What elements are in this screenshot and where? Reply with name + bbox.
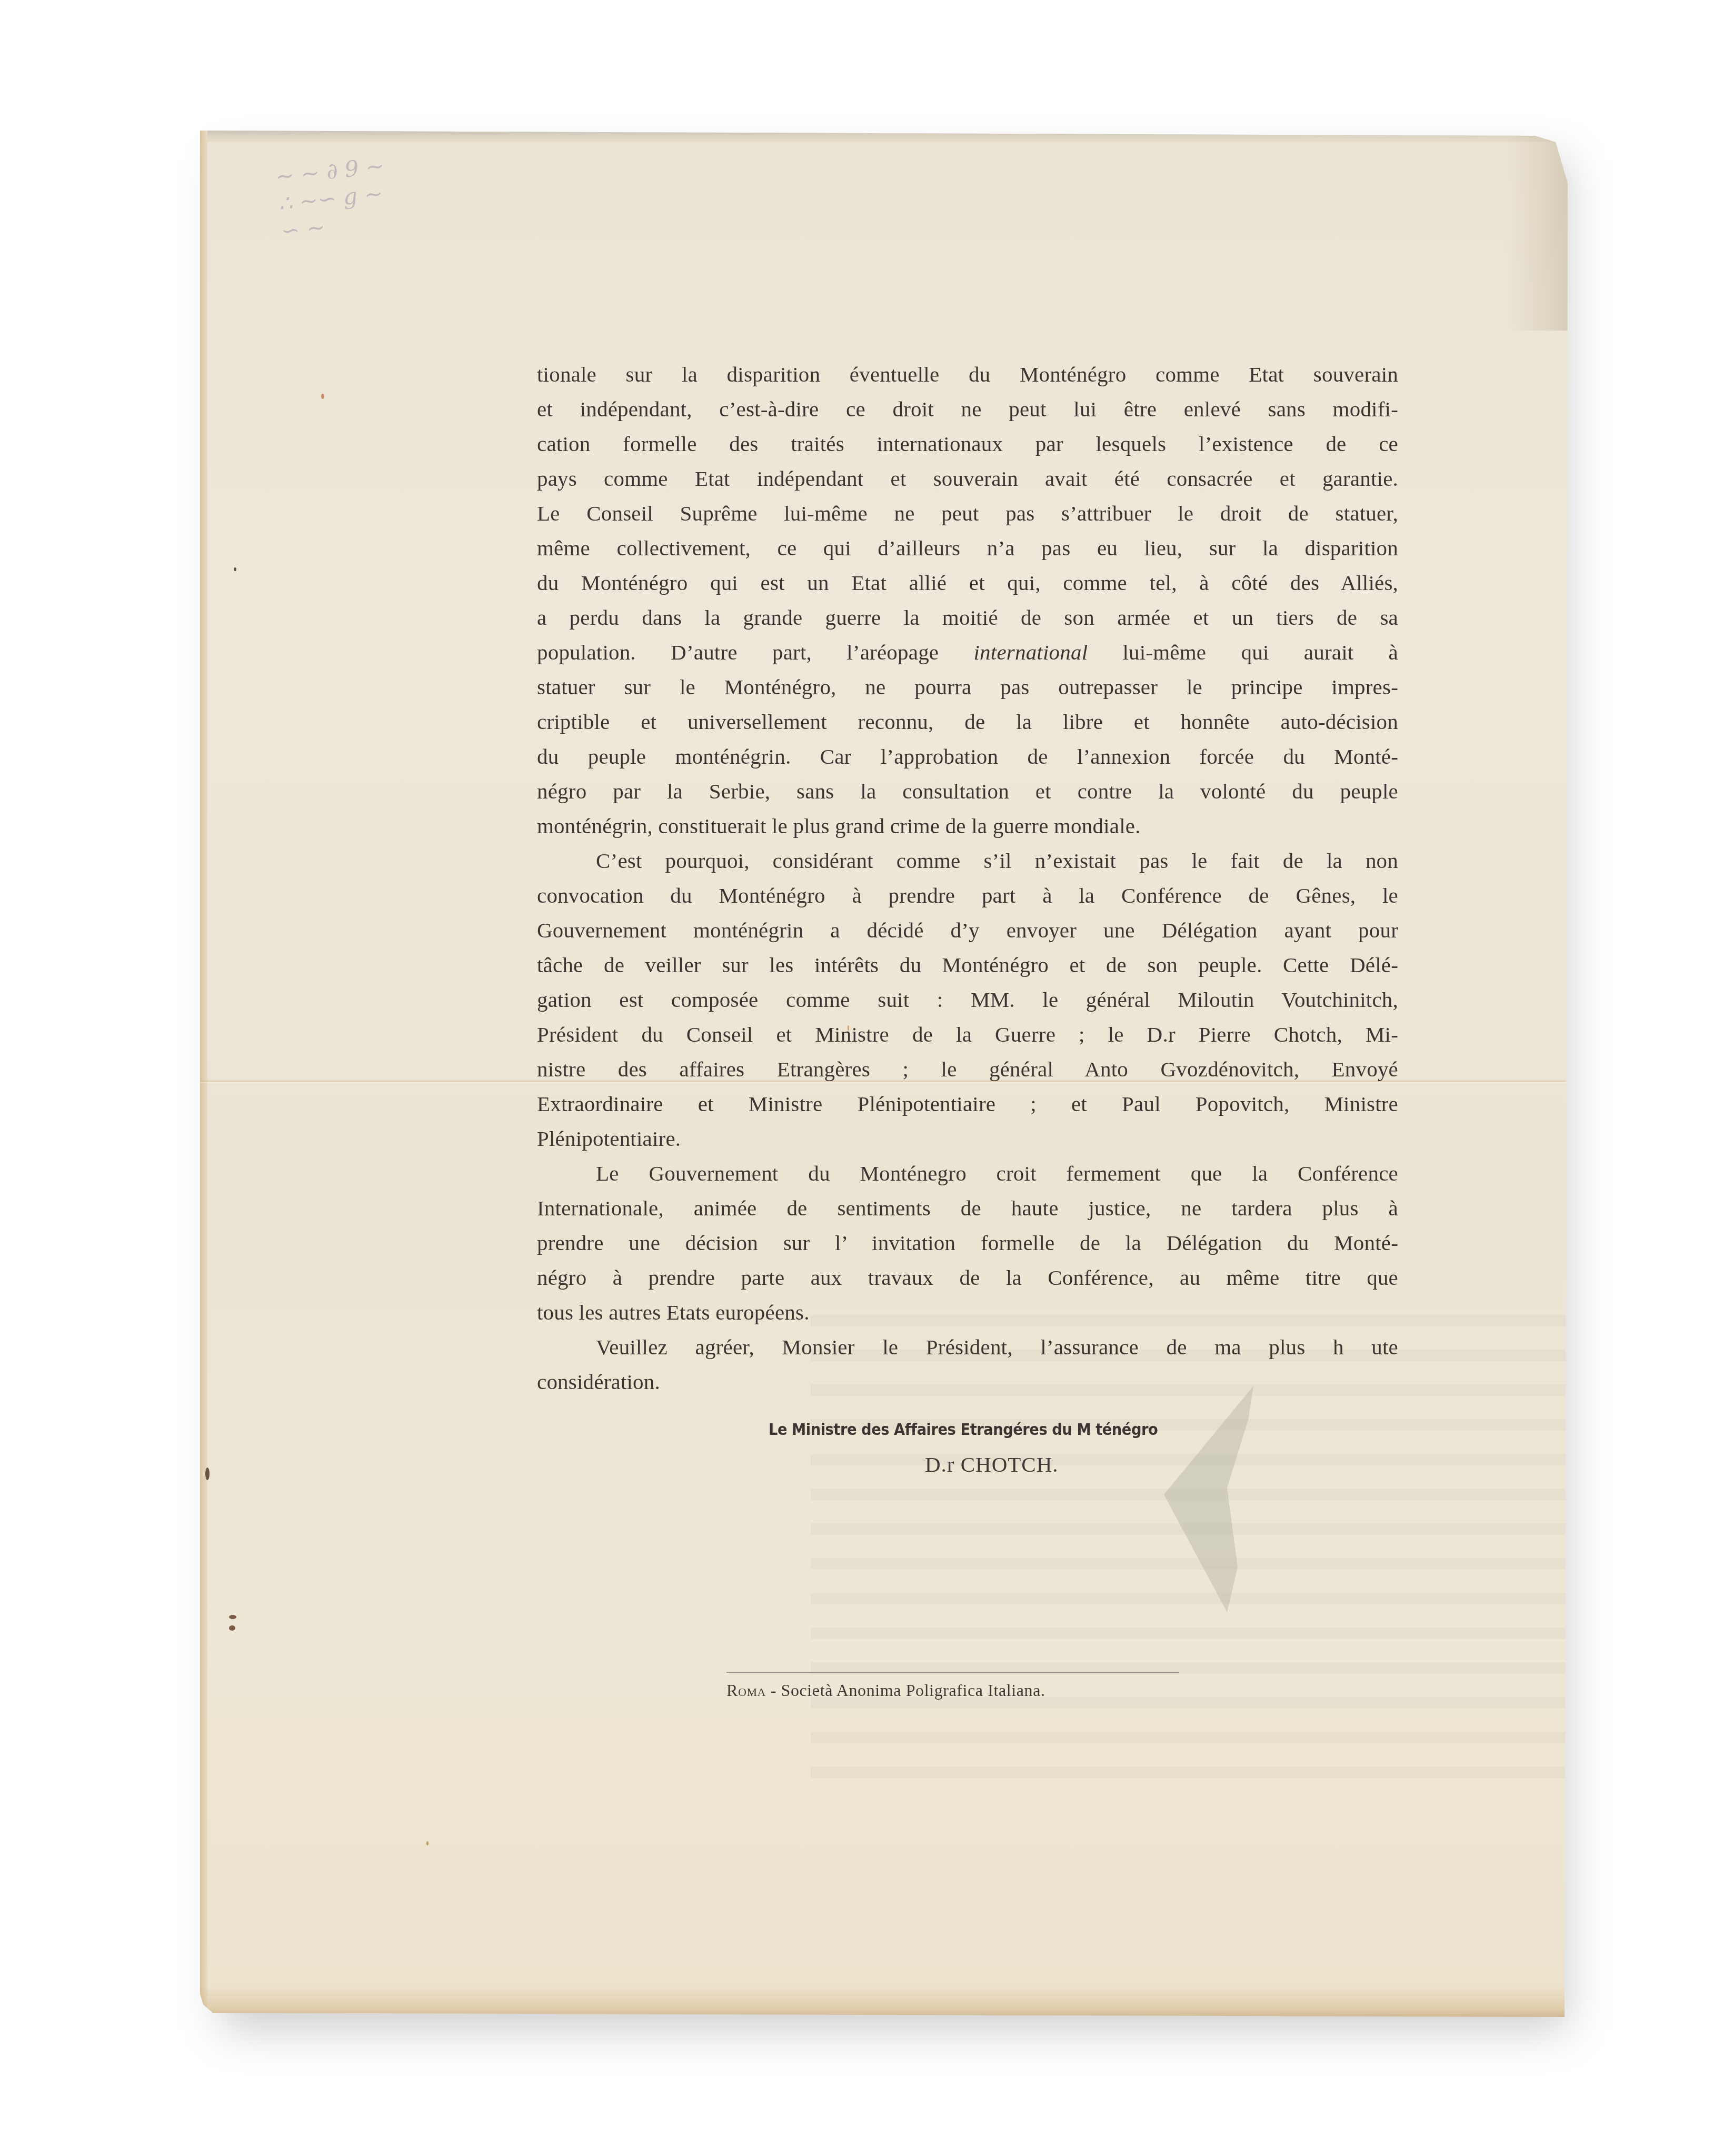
text-line: statuer sur le Monténégro, ne pourra pas…	[537, 670, 1398, 704]
foxing-stain	[321, 394, 324, 399]
letter-body: tionale sur la disparition éventuelle du…	[537, 357, 1398, 1399]
text-line: convocation du Monténégro à prendre part…	[537, 878, 1398, 913]
handwritten-pencil-notes: ~ ~ ∂ 9 ~ ∴ ~∽ g ~ ∽ ~	[274, 141, 505, 268]
text-line: négro par la Serbie, sans la consultatio…	[537, 774, 1398, 808]
text-line: gation est composée comme suit : MM. le …	[537, 982, 1398, 1017]
text-line: Le Gouvernement du Monténegro croit ferm…	[537, 1156, 1398, 1191]
text-line: Le Conseil Suprême lui-même ne peut pas …	[537, 496, 1398, 531]
text-line: tâche de veiller sur les intérêts du Mon…	[537, 947, 1398, 982]
text-line: Veuillez agréer, Monsier le Président, l…	[537, 1330, 1398, 1364]
text-line: du peuple monténégrin. Car l’approbation…	[537, 739, 1398, 774]
page-bottom-edge	[200, 1985, 1569, 2017]
imprint-printer: Società Anonima Poligrafica Italiana.	[781, 1681, 1045, 1700]
text-line: Plénipotentiaire.	[537, 1121, 1398, 1156]
signature-name: D.r CHOTCH.	[925, 1452, 1059, 1477]
imprint-rule	[726, 1672, 1179, 1673]
text-line: Internationale, animée de sentiments de …	[537, 1191, 1398, 1225]
text-line: considération.	[537, 1364, 1398, 1399]
signature-title: Le Ministre des Affaires Etrangéres du M…	[769, 1420, 1186, 1439]
italic-emphasis: international	[974, 640, 1088, 664]
text-line: C’est pourquoi, considérant comme s’il n…	[537, 843, 1398, 878]
page-top-edge	[200, 131, 1569, 142]
text-line: négro à prendre parte aux travaux de la …	[537, 1260, 1398, 1295]
foxing-stain	[205, 1468, 210, 1480]
text-line: a perdu dans la grande guerre la moitié …	[537, 600, 1398, 635]
page-folded-corner	[1506, 131, 1569, 331]
text-line: tous les autres Etats européens.	[537, 1295, 1398, 1330]
paragraph-2: C’est pourquoi, considérant comme s’il n…	[537, 843, 1398, 1156]
paragraph-1: tionale sur la disparition éventuelle du…	[537, 357, 1398, 843]
text-line: Président du Conseil et Ministre de la G…	[537, 1017, 1398, 1052]
printer-imprint: Roma - Società Anonima Poligrafica Itali…	[726, 1681, 1179, 1700]
text-line: pays comme Etat indépendant et souverain…	[537, 461, 1398, 496]
text-line: et indépendant, c’est-à-dire ce droit ne…	[537, 392, 1398, 426]
imprint-separator: -	[766, 1681, 781, 1700]
text-line-with-italic: population. D’autre part, l’aréopage int…	[537, 635, 1398, 670]
text-line: criptible et universellement reconnu, de…	[537, 704, 1398, 739]
paragraph-4-closing: Veuillez agréer, Monsier le Président, l…	[537, 1330, 1398, 1399]
text-line: Extraordinaire et Ministre Plénipotentia…	[537, 1086, 1398, 1121]
text-line: cation formelle des traités internationa…	[537, 426, 1398, 461]
text-line: Gouvernement monténégrin a décidé d’y en…	[537, 913, 1398, 947]
foxing-stain	[229, 1615, 236, 1619]
text-line: nistre des affaires Etrangères ; le géné…	[537, 1052, 1398, 1086]
foxing-stain	[229, 1625, 235, 1631]
text-line: tionale sur la disparition éventuelle du…	[537, 357, 1398, 392]
imprint-city: Roma	[726, 1681, 766, 1700]
text-line: du Monténégro qui est un Etat allié et q…	[537, 565, 1398, 600]
paragraph-3: Le Gouvernement du Monténegro croit ferm…	[537, 1156, 1398, 1330]
foxing-stain	[426, 1841, 429, 1845]
document-page: ~ ~ ∂ 9 ~ ∴ ~∽ g ~ ∽ ~ tionale sur la di…	[200, 131, 1569, 2017]
foxing-stain	[234, 567, 236, 571]
text-line: monténégrin, constituerait le plus grand…	[537, 808, 1398, 843]
text-line: prendre une décision sur l’ invitation f…	[537, 1225, 1398, 1260]
text-line: même collectivement, ce qui d’ailleurs n…	[537, 531, 1398, 565]
page-left-edge	[200, 131, 207, 2017]
